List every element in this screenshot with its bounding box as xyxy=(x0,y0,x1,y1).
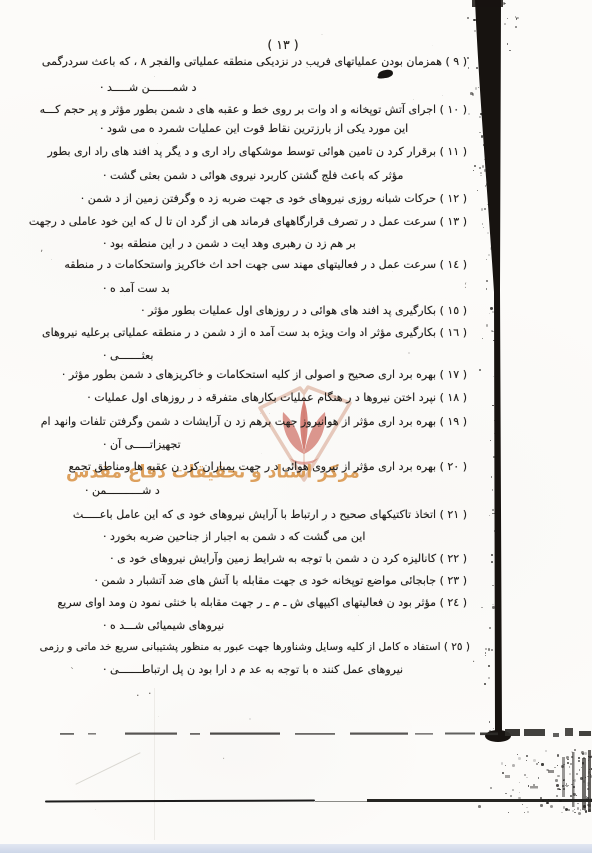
scan-speckle xyxy=(470,92,473,95)
scan-speckle xyxy=(574,812,575,813)
scan-speckle xyxy=(481,607,482,608)
scan-speckle xyxy=(512,764,515,767)
scan-speckle xyxy=(481,135,483,137)
scan-speckle xyxy=(492,331,493,332)
scan-speckle xyxy=(492,606,494,608)
scan-speckle xyxy=(540,804,542,806)
scan-speckle xyxy=(486,324,488,326)
scan-speckle xyxy=(490,787,492,789)
scan-speckle xyxy=(484,169,487,172)
scan-speckle xyxy=(566,785,568,787)
scan-speckle xyxy=(518,757,521,760)
scan-speckle xyxy=(545,750,546,751)
scan-speckle xyxy=(587,785,589,787)
scan-speckle xyxy=(561,812,563,814)
scan-speckle xyxy=(249,718,250,719)
scan-speckle xyxy=(584,752,587,755)
scan-speckle xyxy=(503,2,505,4)
scan-speckle xyxy=(540,797,542,799)
scan-speckle xyxy=(583,805,586,808)
scan-speckle xyxy=(557,775,560,778)
scan-speckle xyxy=(158,716,159,717)
scan-speckle xyxy=(569,766,570,767)
scan-speckle xyxy=(517,754,518,755)
scan-speckle xyxy=(492,405,493,406)
scan-speckle xyxy=(542,800,544,802)
scan-speckle xyxy=(572,810,574,812)
scan-speckle xyxy=(582,762,584,764)
scan-speckle xyxy=(492,509,494,511)
scan-bottom-line-right xyxy=(367,799,592,802)
scan-speckle xyxy=(538,762,539,763)
scan-speckle xyxy=(261,453,262,454)
scan-speckle xyxy=(536,763,538,765)
scan-speckle xyxy=(580,777,583,780)
scan-speckle xyxy=(588,804,591,807)
scan-speckle xyxy=(489,313,490,314)
scan-speckle xyxy=(485,652,486,653)
scan-speckle xyxy=(442,95,443,96)
scan-speckle xyxy=(263,426,264,427)
scan-speckle xyxy=(487,232,489,234)
scan-speckle xyxy=(490,307,492,309)
scan-speckle xyxy=(467,57,469,59)
scan-speckle xyxy=(576,795,577,796)
scan-speckle xyxy=(587,788,589,790)
scan-speckle xyxy=(554,767,556,769)
scan-speckle xyxy=(475,87,477,89)
scan-speckle xyxy=(515,26,517,28)
scan-speckle xyxy=(571,756,573,758)
scan-speckle xyxy=(583,757,585,759)
scan-speckle xyxy=(486,288,487,289)
scan-speckle xyxy=(582,753,584,755)
scan-speckle xyxy=(557,788,559,790)
scan-bottom-line-middle xyxy=(315,801,367,802)
scan-speckle xyxy=(392,271,393,272)
scan-speckle xyxy=(358,615,359,616)
scan-speckle xyxy=(51,259,52,260)
scan-speckle xyxy=(486,183,488,185)
scan-speckle xyxy=(509,50,510,51)
scan-speckle xyxy=(504,23,506,25)
scan-speckle xyxy=(493,376,494,377)
scan-speckle xyxy=(519,782,520,783)
scan-speckle xyxy=(325,521,326,522)
scan-speckle xyxy=(484,683,486,685)
scan-speckle xyxy=(588,771,590,773)
scan-speckle xyxy=(479,167,481,169)
scan-speckle xyxy=(483,144,485,146)
scanner-bed-strip xyxy=(0,844,592,853)
scan-speckle xyxy=(586,797,589,800)
scan-speckle xyxy=(491,561,493,563)
scan-speckle xyxy=(474,165,476,167)
scan-speckle xyxy=(568,809,570,811)
scan-speckle xyxy=(260,413,261,414)
scan-speckle xyxy=(522,804,523,805)
scan-speckle xyxy=(507,43,508,44)
scan-speckle xyxy=(507,18,508,19)
scan-speckle xyxy=(587,782,590,785)
scan-speckle xyxy=(570,795,572,797)
scan-speckle xyxy=(567,762,569,764)
scan-speckle xyxy=(487,204,488,205)
scan-speckle xyxy=(413,99,414,100)
scan-speckle xyxy=(563,788,565,790)
scan-speckle xyxy=(486,259,487,260)
scan-speckle xyxy=(480,172,482,174)
scan-speckle xyxy=(555,779,557,781)
scan-speckle xyxy=(332,112,333,113)
scan-speckle xyxy=(550,805,553,808)
scan-speckle xyxy=(481,113,483,115)
scan-speckle xyxy=(483,227,484,228)
scan-speckle xyxy=(482,338,483,339)
scan-speckle xyxy=(590,798,592,800)
scan-speckle xyxy=(573,786,575,788)
scan-speckle xyxy=(488,254,490,256)
scanned-document-page: مرکز اسناد و تحقیقات دفاع مقدس ( ١٣ ) ( … xyxy=(0,0,592,853)
scan-speckle xyxy=(154,76,155,77)
scan-speckle xyxy=(561,765,564,768)
scan-speckle xyxy=(516,17,518,19)
scan-speckle xyxy=(557,765,558,766)
scan-speckle xyxy=(563,779,565,781)
scan-speckle xyxy=(573,793,576,796)
scan-speckle xyxy=(512,789,514,791)
scan-speckle xyxy=(494,513,495,514)
scan-speckle xyxy=(577,803,578,804)
scan-speckle xyxy=(476,67,478,69)
scan-speckle xyxy=(548,799,549,800)
scan-speckle xyxy=(541,763,543,765)
scan-speckle xyxy=(578,757,579,758)
scan-speckle xyxy=(576,773,578,775)
scan-speckle xyxy=(321,34,322,35)
scan-speckle xyxy=(408,352,409,353)
scan-noise-patch xyxy=(0,0,592,853)
scan-speckle xyxy=(538,777,539,778)
scan-speckle xyxy=(473,19,475,21)
